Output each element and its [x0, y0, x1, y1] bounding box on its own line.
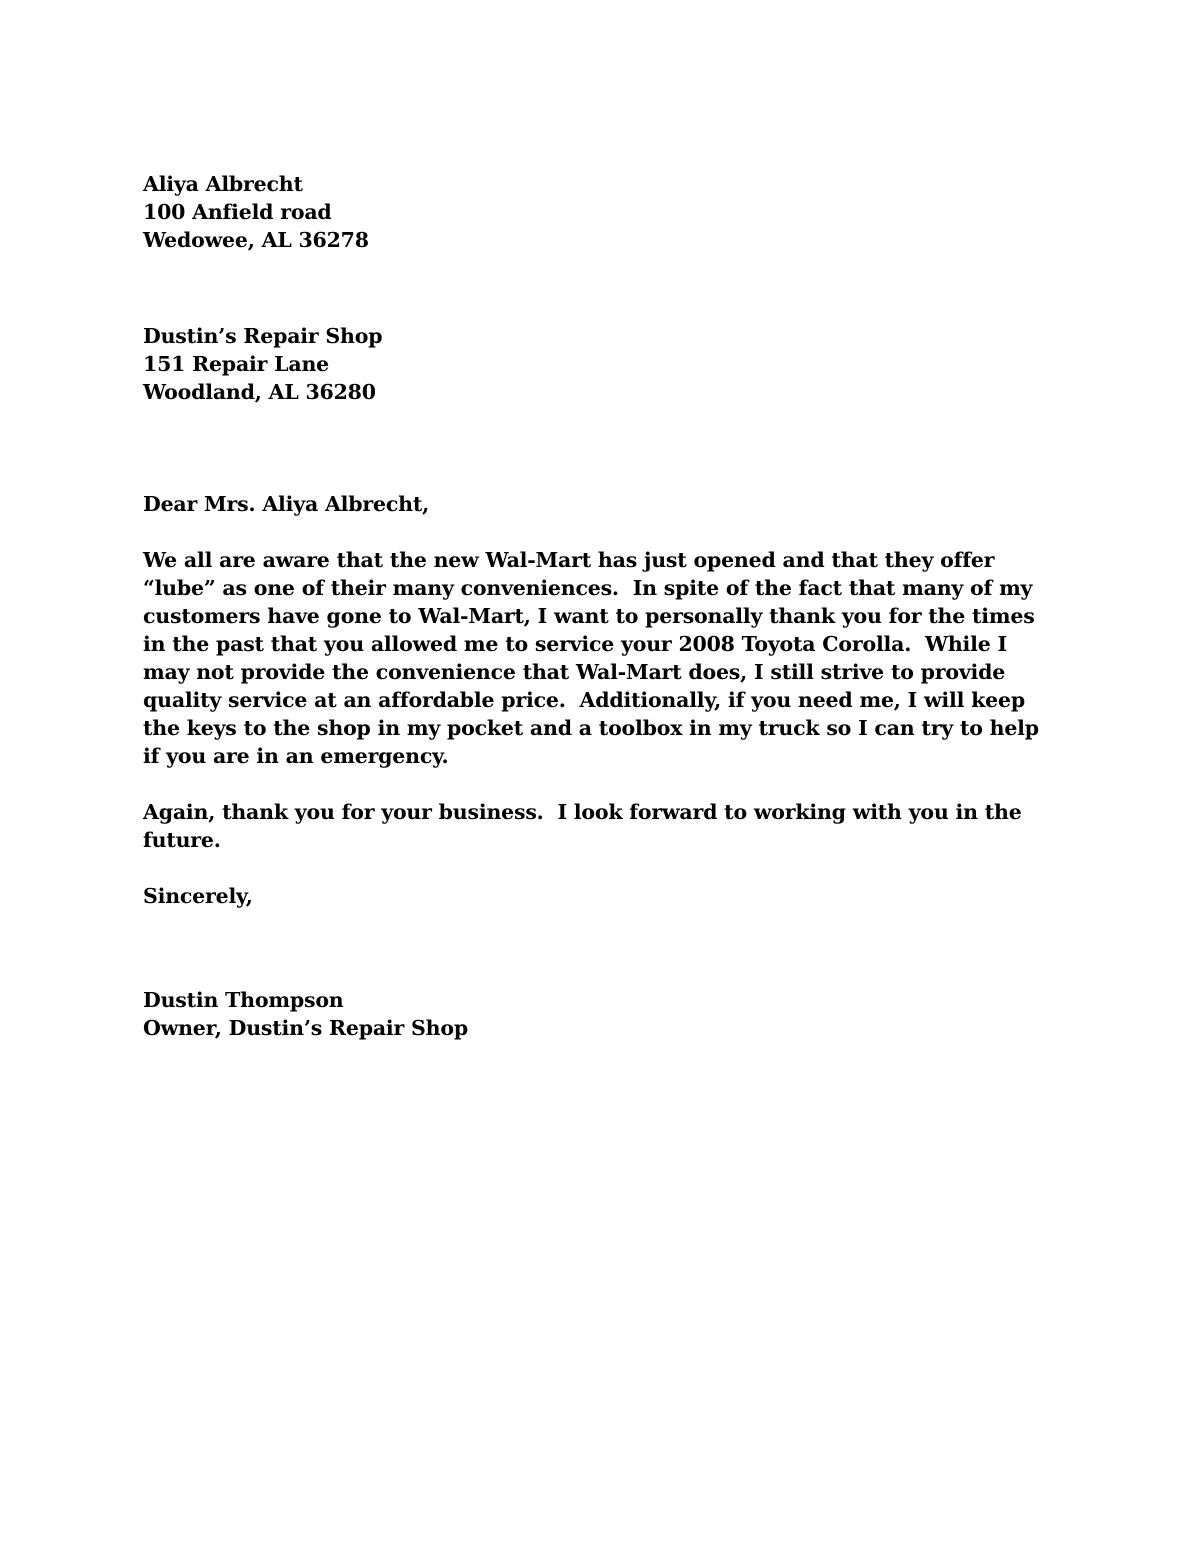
signature-title: Owner, Dustin’s Repair Shop [143, 1014, 1060, 1042]
signature-name: Dustin Thompson [143, 986, 1060, 1014]
signature-block: Dustin Thompson Owner, Dustin’s Repair S… [143, 986, 1060, 1042]
recipient-street: 151 Repair Lane [143, 350, 1060, 378]
letter-page: { "letter": { "sender": { "lines": { "0"… [0, 0, 1200, 1553]
salutation: Dear Mrs. Aliya Albrecht, [143, 490, 1060, 518]
sender-address: Aliya Albrecht 100 Anfield road Wedowee,… [143, 170, 1060, 254]
letter-content: Aliya Albrecht 100 Anfield road Wedowee,… [143, 170, 1060, 1042]
recipient-city-state-zip: Woodland, AL 36280 [143, 378, 1060, 406]
sender-city-state-zip: Wedowee, AL 36278 [143, 226, 1060, 254]
sender-street: 100 Anfield road [143, 198, 1060, 226]
body-paragraph-1: We all are aware that the new Wal-Mart h… [143, 546, 1060, 770]
sender-name: Aliya Albrecht [143, 170, 1060, 198]
body-paragraph-2: Again, thank you for your business. I lo… [143, 798, 1060, 854]
closing: Sincerely, [143, 882, 1060, 910]
recipient-name: Dustin’s Repair Shop [143, 322, 1060, 350]
recipient-address: Dustin’s Repair Shop 151 Repair Lane Woo… [143, 322, 1060, 406]
